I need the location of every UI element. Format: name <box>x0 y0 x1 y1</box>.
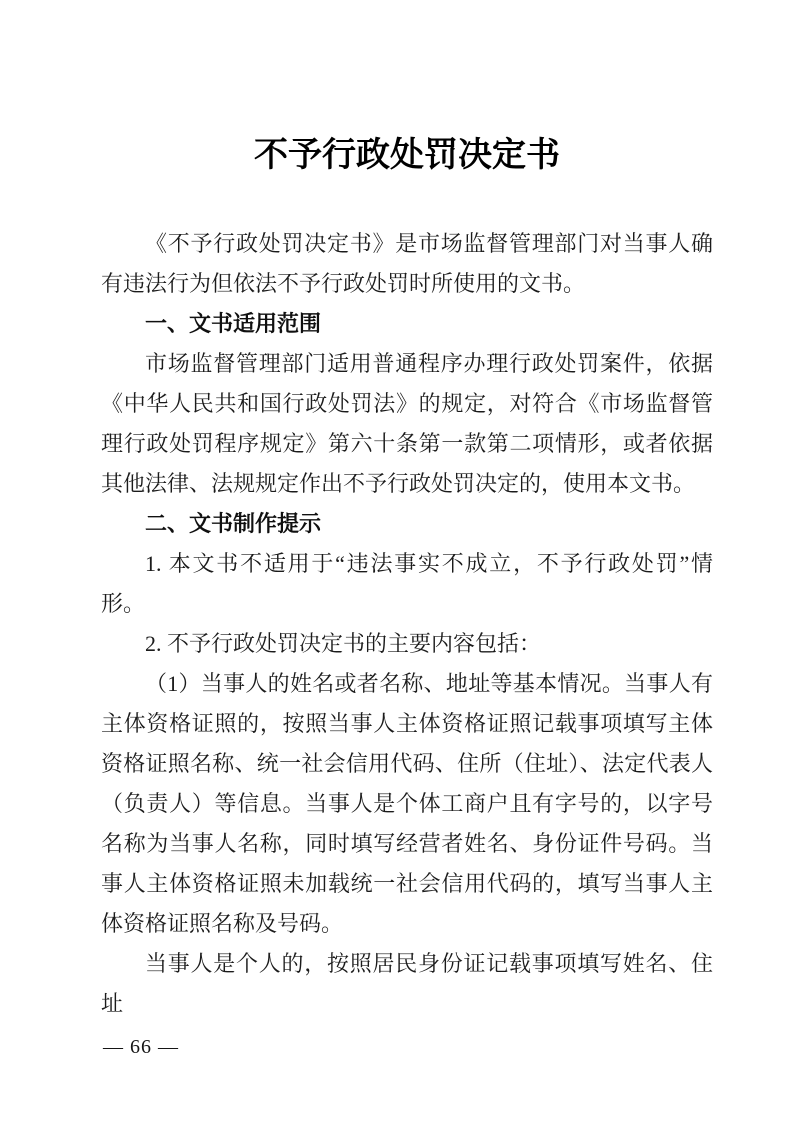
section-1-paragraph: 市场监督管理部门适用普通程序办理行政处罚案件，依据《中华人民共和国行政处罚法》的… <box>101 344 713 504</box>
note-2-sub-1-continuation: 当事人是个人的，按照居民身份证记载事项填写姓名、住址 <box>101 944 713 1024</box>
document-title: 不予行政处罚决定书 <box>101 130 713 181</box>
page-number: — 66 — <box>103 1034 179 1060</box>
document-content: 不予行政处罚决定书 《不予行政处罚决定书》是市场监督管理部门对当事人确有违法行为… <box>101 0 713 1024</box>
note-2-sub-1-paragraph: （1）当事人的姓名或者名称、地址等基本情况。当事人有主体资格证照的，按照当事人主… <box>101 664 713 944</box>
document-page: 不予行政处罚决定书 《不予行政处罚决定书》是市场监督管理部门对当事人确有违法行为… <box>0 0 793 1122</box>
note-1-paragraph: 1. 本文书不适用于“违法事实不成立，不予行政处罚”情形。 <box>101 544 713 624</box>
intro-paragraph: 《不予行政处罚决定书》是市场监督管理部门对当事人确有违法行为但依法不予行政处罚时… <box>101 224 713 304</box>
document-body: 《不予行政处罚决定书》是市场监督管理部门对当事人确有违法行为但依法不予行政处罚时… <box>101 224 713 1024</box>
section-1-heading: 一、文书适用范围 <box>101 304 713 344</box>
note-2-paragraph: 2. 不予行政处罚决定书的主要内容包括： <box>101 624 713 664</box>
section-2-heading: 二、文书制作提示 <box>101 504 713 544</box>
